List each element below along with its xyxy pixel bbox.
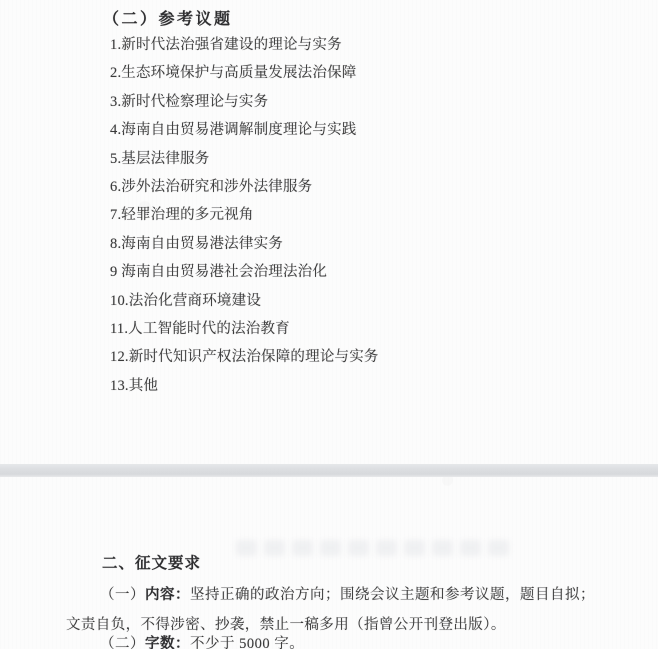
topic-item-5: 5.基层法律服务 [110,150,209,168]
topic-item-10: 10.法治化营商环境建设 [110,292,261,310]
requirement-content-line2: 文责自负，不得涉密、抄袭，禁止一稿多用（指曾公开刊登出版）。 [66,616,506,635]
topic-item-7: 7.轻罪治理的多元视角 [110,206,254,224]
topic-item-8: 8.海南自由贸易港法律实务 [110,235,283,253]
topic-item-4: 4.海南自由贸易港调解制度理论与实践 [110,121,356,139]
topic-item-11: 11.人工智能时代的法治教育 [110,320,290,338]
requirement-label-wordcount: 字数： [145,636,190,649]
section-heading-submission-requirements: 二、征文要求 [102,551,201,573]
requirement-label-content: 内容： [145,587,190,603]
ink-bleedthrough-text [236,540,509,556]
scanned-document-page: （二）参考议题 1.新时代法治强省建设的理论与实务 2.生态环境保护与高质量发展… [0,0,658,649]
topic-item-9: 9 海南自由贸易港社会治理法治化 [110,263,327,281]
requirement-wordcount-text: 不少于 5000 字。 [190,636,304,649]
topic-item-1: 1.新时代法治强省建设的理论与实务 [110,36,342,54]
topic-item-3: 3.新时代检察理论与实务 [110,93,268,111]
item-number-prefix: （二） [100,636,145,649]
requirement-content-line1: （一）内容：坚持正确的政治方向；围绕会议主题和参考议题，题目自拟； [100,586,595,605]
section-heading-reference-topics: （二）参考议题 [103,6,233,29]
page-break-band [0,464,658,477]
requirement-content-text: 坚持正确的政治方向；围绕会议主题和参考议题，题目自拟； [190,587,595,603]
topic-item-13: 13.其他 [110,377,158,395]
topic-item-6: 6.涉外法治研究和涉外法律服务 [110,178,312,196]
topic-item-2: 2.生态环境保护与高质量发展法治保障 [110,64,356,82]
item-number-prefix: （一） [100,587,145,603]
topic-item-12: 12.新时代知识产权法治保障的理论与实务 [110,348,379,366]
requirement-wordcount-line: （二）字数：不少于 5000 字。 [100,635,304,649]
